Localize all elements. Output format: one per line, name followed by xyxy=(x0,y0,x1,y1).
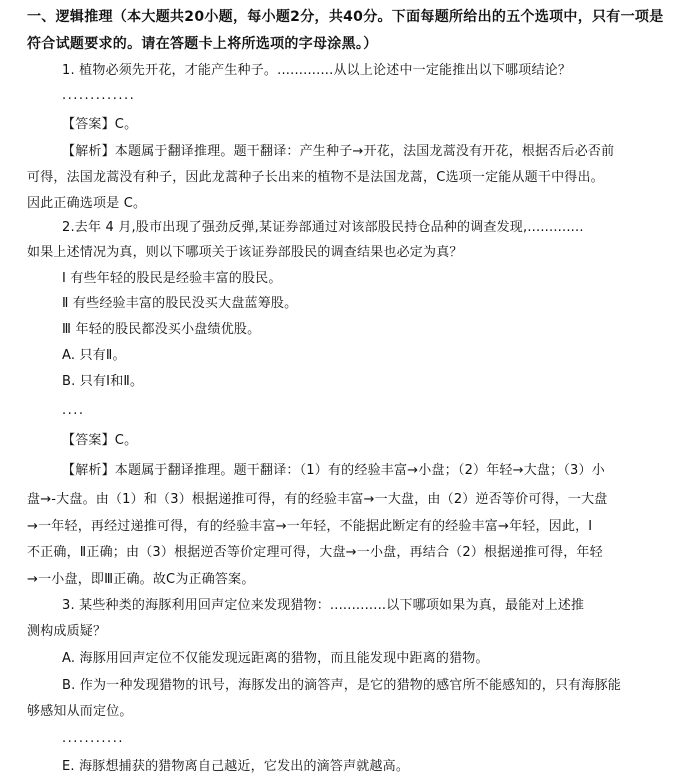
q1-stem: 1. 植物必须先开花，才能产生种子。.............从以上论述中一定能… xyxy=(62,63,571,79)
q2-statement-1: Ⅰ 有些年轻的股民是经验丰富的股民。 xyxy=(62,271,282,287)
q2-ellipsis: .... xyxy=(62,403,85,419)
q2-stem-line2: 如果上述情况为真，则以下哪项关于该证券部股民的调查结果也必定为真？ xyxy=(27,245,463,261)
q3-option-b: B. 作为一种发现猎物的讯号，海豚发出的滴答声，是它的猎物的感官所不能感知的，只… xyxy=(62,678,621,694)
q2-analysis-line2: 盘→-大盘。由（1）和（3）根据递推可得，有的经验丰富→一大盘，由（2）逆否等价… xyxy=(27,492,608,508)
q2-analysis-line1: 【解析】本题属于翻译推理。题干翻译：（1）有的经验丰富→小盘；（2）年轻→大盘；… xyxy=(62,463,605,479)
q1-analysis-line2: 可得，法国龙蒿没有种子，因此龙蒿种子长出来的植物不是法国龙蒿，C选项一定能从题干… xyxy=(27,170,604,186)
q1-ellipsis: ............. xyxy=(62,88,135,104)
section-heading-line2: 符合试题要求的。请在答题卡上将所选项的字母涂黑。） xyxy=(27,36,378,52)
q1-analysis-line3: 因此正确选项是 C。 xyxy=(27,196,146,212)
q1-analysis-line1: 【解析】本题属于翻译推理。题干翻译：产生种子→开花，法国龙蒿没有开花，根据否后必… xyxy=(62,144,614,160)
q1-answer: 【答案】C。 xyxy=(62,117,137,133)
q2-analysis-line5: →一小盘，即Ⅲ正确。故C为正确答案。 xyxy=(27,572,255,588)
q2-analysis-line4: 不正确，Ⅱ正确；由（3）根据逆否等价定理可得，大盘→一小盘，再结合（2）根据递推… xyxy=(27,545,603,561)
q2-analysis-line3: →一年轻，再经过递推可得，有的经验丰富→一年轻，不能据此断定有的经验丰富→年轻，… xyxy=(27,519,592,535)
q3-ellipsis: ........... xyxy=(62,731,124,747)
q3-option-e: E. 海豚想捕获的猎物离自己越近，它发出的滴答声就越高。 xyxy=(62,759,409,775)
q2-option-a: A. 只有Ⅱ。 xyxy=(62,348,126,364)
q2-option-b: B. 只有Ⅰ和Ⅱ。 xyxy=(62,374,143,390)
q3-stem-line2: 测构成质疑？ xyxy=(27,624,106,640)
q3-stem-line1: 3. 某些种类的海豚利用回声定位来发现猎物：.............以下哪项如… xyxy=(62,598,584,614)
q2-stem-line1: 2.去年 4 月,股市出现了强劲反弹,某证券部通过对该部股民持仓品种的调查发现,… xyxy=(62,220,584,236)
q2-statement-3: Ⅲ 年轻的股民都没买小盘绩优股。 xyxy=(62,322,260,338)
section-heading-line1: 一、逻辑推理（本大题共20小题，每小题2分，共40分。下面每题所给出的五个选项中… xyxy=(27,9,664,25)
q3-option-a: A. 海豚用回声定位不仅能发现远距离的猎物，而且能发现中距离的猎物。 xyxy=(62,651,489,667)
q2-answer: 【答案】C。 xyxy=(62,433,137,449)
q3-option-b-cont: 够感知从而定位。 xyxy=(27,704,133,720)
q2-statement-2: Ⅱ 有些经验丰富的股民没买大盘蓝筹股。 xyxy=(62,296,297,312)
